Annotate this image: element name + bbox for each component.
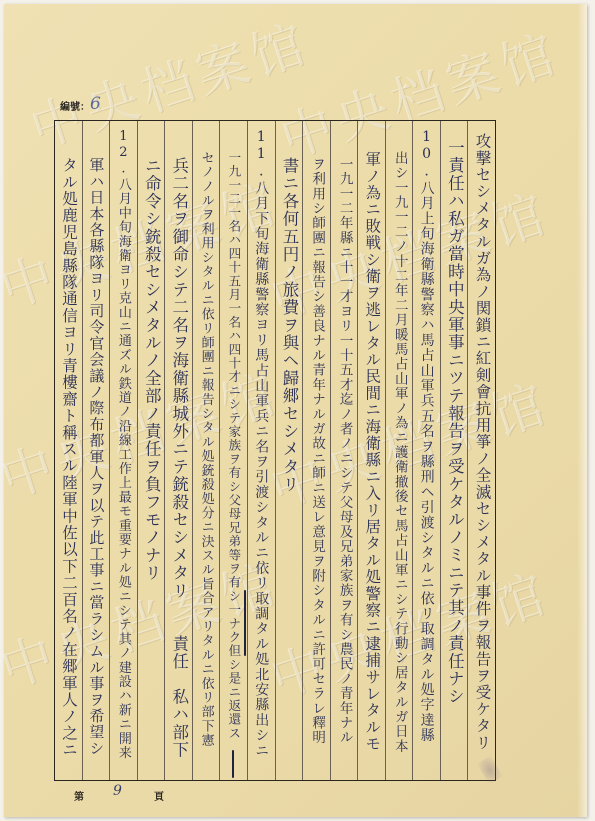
column-text: 11.八月下旬海衛縣警察ヨリ馬占山軍兵ニ名ヲ引渡シタルニ依リ取調タル処北安縣出シ… <box>254 129 268 758</box>
emphasis-mark <box>244 590 246 656</box>
manuscript-column: 一責任ハ私ガ當時中央軍事ニツテ報告ヲ受ケタルノミニテ其ノ責任ナシ <box>440 121 468 780</box>
column-text: タル処鹿児島縣隊通信ヨリ青樓齋ト稱スル陸軍中佐以下二百名ノ在郷軍人ノ之ニ <box>61 157 77 758</box>
column-text: ニ命令シ銃殺セシメタルノ全部ノ責任ヲ負フモノナリ <box>143 157 160 582</box>
volume-number: 6 <box>90 94 101 114</box>
manuscript-column: 一九一二年縣ニ十一才ヨリ一十五才迄ノ者ノニシテ父母及兄弟家族ヲ有シ農民ノ青年ナル <box>330 121 358 780</box>
column-text: 12.八月中旬海衛ヨリ克山ニ通ズル鉄道ノ沿線工作上最モ重要ナル処ニシテ其ノ建設ハ… <box>117 129 130 760</box>
column-text: 一九一二年縣ニ十一才ヨリ一十五才迄ノ者ノニシテ父母及兄弟家族ヲ有シ農民ノ青年ナル <box>337 157 351 745</box>
manuscript-grid: 攻撃セシメタルガ為ノ関鎖ニ紅剣會抗用箏ノ全滅セシメタル事件ヲ報告ヲ受ケタリ一責任… <box>54 120 496 781</box>
manuscript-column: 12.八月中旬海衛ヨリ克山ニ通ズル鉄道ノ沿線工作上最モ重要ナル処ニシテ其ノ建設ハ… <box>109 121 137 780</box>
manuscript-column: ニ命令シ銃殺セシメタルノ全部ノ責任ヲ負フモノナリ <box>137 121 165 780</box>
column-text: 10.八月上旬海衛縣警察ハ馬占山軍兵五名ヲ縣刑ヘ引渡シタルニ依リ取調タル処字達縣 <box>420 129 434 743</box>
paper-edge <box>577 4 587 817</box>
manuscript-column: 軍ハ日本各縣隊ヨリ司令官会議ノ際布都軍人ヲ以テ此工事ニ當ラシムル事ヲ希望シ <box>82 121 110 780</box>
manuscript-column: 10.八月上旬海衛縣警察ハ馬占山軍兵五名ヲ縣刑ヘ引渡シタルニ依リ取調タル処字達縣 <box>412 121 440 780</box>
column-text: 一九一二一名ハ四十五月一名ハ四十才ニシテ家族ヲ有シ父母兄弟等ヲ有シ一ナク但シ是ニ… <box>227 151 240 740</box>
manuscript-column: 書ニ各何五円ノ旅費ヲ與ヘ歸郷セシメタリ <box>275 121 303 780</box>
manuscript-column: 攻撃セシメタルガ為ノ関鎖ニ紅剣會抗用箏ノ全滅セシメタル事件ヲ報告ヲ受ケタリ <box>467 121 495 780</box>
column-text: 攻撃セシメタルガ為ノ関鎖ニ紅剣會抗用箏ノ全滅セシメタル事件ヲ報告ヲ受ケタリ <box>474 133 490 751</box>
column-text: 軍ノ為ニ敗戦シ衛ヲ逃レタル民間ニ海衛縣ニ入リ居タル処警察ニ逮捕サレタルモ <box>364 151 380 752</box>
column-text: セノノルヲ利用シタルニ依リ師團ニ報告シタル処銃殺処分ニ決スル旨合アリタルニ依リ部… <box>200 151 213 747</box>
manuscript-column: 兵二名ヲ御命シテ二名ヲ海衛縣城外ニテ銃殺セシメタリ 責任 私ハ部下 <box>164 121 192 780</box>
page-number: 9 <box>113 783 122 799</box>
manuscript-column: 軍ノ為ニ敗戦シ衛ヲ逃レタル民間ニ海衛縣ニ入リ居タル処警察ニ逮捕サレタルモ <box>357 121 385 780</box>
page-label-prefix: 第 <box>74 788 84 803</box>
column-text: 一責任ハ私ガ當時中央軍事ニツテ報告ヲ受ケタルノミニテ其ノ責任ナシ <box>446 139 463 705</box>
manuscript-column: 出シ一九一二ノ十二年二月暖馬占山軍ノ為ニ護衛撤後セ馬占山軍ニシテ行動シ居タルガ日… <box>385 121 413 780</box>
manuscript-column: ヲ利用シ師團ニ報告シ善良ナル青年ナルガ故ニ師ニ送レ意見ヲ附シタルニ許可セラレ釋明 <box>302 121 330 780</box>
column-text: 出シ一九一二ノ十二年二月暖馬占山軍ノ為ニ護衛撤後セ馬占山軍ニシテ行動シ居タルガ日… <box>392 151 406 754</box>
column-text: 軍ハ日本各縣隊ヨリ司令官会議ノ際布都軍人ヲ以テ此工事ニ當ラシムル事ヲ希望シ <box>88 157 103 756</box>
manuscript-column: タル処鹿児島縣隊通信ヨリ青樓齋ト稱スル陸軍中佐以下二百名ノ在郷軍人ノ之ニ <box>55 121 82 780</box>
column-text: ヲ利用シ師團ニ報告シ善良ナル青年ナルガ故ニ師ニ送レ意見ヲ附シタルニ許可セラレ釋明 <box>310 157 324 745</box>
volume-label: 編號： <box>60 98 90 113</box>
manuscript-column: 一九一二一名ハ四十五月一名ハ四十才ニシテ家族ヲ有シ父母兄弟等ヲ有シ一ナク但シ是ニ… <box>219 121 247 780</box>
manuscript-column: セノノルヲ利用シタルニ依リ師團ニ報告シタル処銃殺処分ニ決スル旨合アリタルニ依リ部… <box>192 121 220 780</box>
manuscript-column: 11.八月下旬海衛縣警察ヨリ馬占山軍兵ニ名ヲ引渡シタルニ依リ取調タル処北安縣出シ… <box>247 121 275 780</box>
page-label-suffix: 頁 <box>154 788 164 803</box>
column-text: 書ニ各何五円ノ旅費ヲ與ヘ歸郷セシメタリ <box>281 157 298 493</box>
column-text: 兵二名ヲ御命シテ二名ヲ海衛縣城外ニテ銃殺セシメタリ 責任 私ハ部下 <box>170 157 187 759</box>
emphasis-mark <box>232 750 234 778</box>
